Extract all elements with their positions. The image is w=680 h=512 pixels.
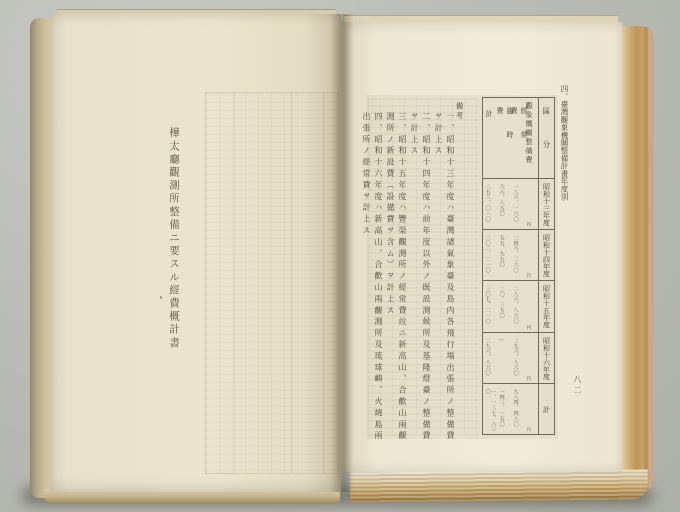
notes-block: 一、昭和十三年度ハ臺灣諸氣象臺及島内各飛行場出張所ノ整備費ヲ計上ス二、昭和十四年…	[370, 112, 456, 444]
table-data-band: 二九六、八六〇―二九六、八六〇円	[483, 332, 538, 384]
amount-temporary: 二〇、三五〇	[498, 286, 504, 318]
note-item: 三、昭和十五年度ハ豐榮觀測所ノ經常費竝ニ新高山、合歡山兩觀測所ノ新設費（設備費ヲ…	[384, 112, 408, 443]
amount-ordinary: 一八六、一六〇	[512, 184, 518, 222]
unit-yen-label: 円	[527, 427, 532, 433]
year-label: 昭和十四年度	[542, 234, 552, 277]
book-gutter	[330, 14, 354, 492]
year-label-cell: 昭和十五年度	[539, 280, 554, 332]
amount-ordinary: 九八四、四八〇	[512, 389, 518, 427]
row-label-temporary: 臨時費	[495, 107, 515, 178]
year-label-cell: 昭和十三年度	[539, 178, 554, 230]
amount-ordinary: 二八六、八六〇	[512, 286, 518, 324]
year-label-cell: 昭和十六年度	[539, 332, 554, 384]
unit-yen-label: 円	[527, 273, 532, 279]
amount-total: 三〇二、二一〇	[484, 235, 490, 273]
year-label: 昭和十五年度	[542, 285, 552, 328]
table-corner-cell: 區分	[539, 98, 554, 178]
corner-label: 區分	[541, 103, 552, 174]
left-page: 樺太廳觀測所整備ニ要スル經費概計書	[50, 14, 341, 492]
table-data-band: 一八六、一六〇六六、八五〇二五三、〇一〇円	[483, 178, 538, 230]
year-label-cell: 計	[539, 383, 554, 435]
right-page: 四、臺灣觀象機關整備計畫年度別 八二 觀象機關整備費 經常費 臨時費 計 區分 …	[341, 22, 622, 472]
show-through-ghost-table	[205, 92, 339, 474]
note-item: 一、昭和十三年度ハ臺灣諸氣象臺及島内各飛行場出張所ノ整備費ヲ計上ス	[432, 112, 456, 443]
book-photo-scene: 樺太廳觀測所整備ニ要スル經費概計書 四、臺灣觀象機關整備計畫年度別 八二 觀象機…	[0, 0, 680, 512]
left-page-title: 樺太廳觀測所整備ニ要スル經費概計書	[166, 127, 181, 350]
fore-edge-page-stack	[618, 26, 654, 492]
page-number: 八二	[572, 375, 583, 396]
section-title: 四、臺灣觀象機關整備計畫年度別	[559, 85, 570, 201]
table-data-band: 九八四、四八〇一四三、一五〇一、一二七、六三〇円	[483, 383, 538, 435]
table-data-band: 二四六、二六〇五五、九五〇三〇二、二一〇円	[483, 229, 538, 281]
amount-temporary: 六六、八五〇	[498, 184, 504, 216]
ink-speck	[160, 296, 162, 299]
ghost-line	[291, 93, 292, 473]
table-data-band: 二八六、八六〇二〇、三五〇三〇七、二一〇円	[483, 280, 538, 332]
budget-table: 觀象機關整備費 經常費 臨時費 計 區分 一八六、一六〇六六、八五〇二五三、〇一…	[482, 97, 555, 435]
amount-total: 二九六、八六〇	[484, 338, 490, 376]
amount-total: 二五三、〇一〇	[484, 184, 490, 222]
ghost-line	[234, 93, 235, 473]
amount-temporary: ―	[498, 338, 504, 343]
row-label-total: 計	[484, 110, 494, 117]
year-label: 昭和十三年度	[542, 183, 552, 226]
bottom-page-edge-right	[350, 469, 648, 502]
ghost-line	[323, 93, 324, 473]
note-item: 四、昭和十六年度ハ新高山、合歡山兩觀測所及琉球嶼、火燒島兩出張所ノ經常費ヲ計上ス	[360, 112, 384, 443]
amount-ordinary: 二四六、二六〇	[512, 235, 518, 273]
table-header-band: 觀象機關整備費 經常費 臨時費 計	[483, 98, 538, 178]
amount-ordinary: 二九六、八六〇	[512, 338, 518, 376]
note-item: 二、昭和十四年度ハ前年度以外ノ既設測候所及基隆燈臺ノ整備費ヲ計上ス	[408, 112, 432, 443]
year-label-cell: 昭和十四年度	[539, 229, 554, 281]
year-label: 計	[542, 406, 552, 413]
amount-temporary: 一四三、一五〇	[498, 389, 504, 427]
amount-total: 三〇七、二一〇	[484, 286, 490, 324]
amount-total: 一、一二七、六三〇	[484, 389, 495, 435]
unit-yen-label: 円	[527, 325, 532, 331]
unit-yen-label: 円	[527, 376, 532, 382]
unit-yen-label: 円	[527, 222, 532, 228]
amount-temporary: 五五、九五〇	[498, 235, 504, 267]
year-label: 昭和十六年度	[542, 337, 552, 380]
